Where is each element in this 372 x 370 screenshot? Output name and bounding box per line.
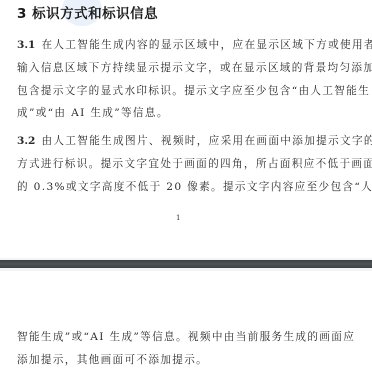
paragraph-3-2-line-1: 3.2由人工智能生成图片、视频时，应采用在画面中添加提示文字的 (17, 133, 347, 148)
paragraph-3-1-line-4: 成”或“由 AI 生成”等信息。 (17, 105, 347, 120)
section-number: 3.1 (17, 39, 35, 51)
section-heading: 3 标识方式和标识信息 (17, 2, 158, 22)
page-number: 1 (176, 214, 180, 222)
section-number: 3.2 (17, 135, 35, 147)
document-page-1: 3 标识方式和标识信息 3.1在人工智能生成内容的显示区域中，应在显示区域下方或… (0, 0, 372, 258)
page-break-divider (0, 258, 372, 271)
document-page-2: 智能生成”或“AI 生成”等信息。视频中由当前服务生成的画面应 添加提示，其他画… (0, 271, 372, 370)
paragraph-3-1-line-1: 3.1在人工智能生成内容的显示区域中，应在显示区域下方或使用者 (17, 37, 347, 52)
paragraph-3-2-line-2: 方式进行标识。提示文字宜处于画面的四角，所占面积应不低于画面 (17, 156, 347, 171)
paragraph-continued-line-2: 添加提示，其他画面可不添加提示。 (17, 352, 347, 367)
paragraph-3-2-line-3: 的 0.3%或文字高度不低于 20 像素。提示文字内容应至少包含“人工 (17, 179, 347, 194)
paragraph-3-1-line-3: 包含提示文字的显式水印标识。提示文字应至少包含“由人工智能生 (17, 83, 347, 98)
page-gap-bar (0, 260, 372, 268)
paragraph-3-1-line-2: 输入信息区域下方持续显示提示文字，或在显示区域的背景均匀添加 (17, 60, 347, 75)
paragraph-continued-line-1: 智能生成”或“AI 生成”等信息。视频中由当前服务生成的画面应 (17, 329, 347, 344)
